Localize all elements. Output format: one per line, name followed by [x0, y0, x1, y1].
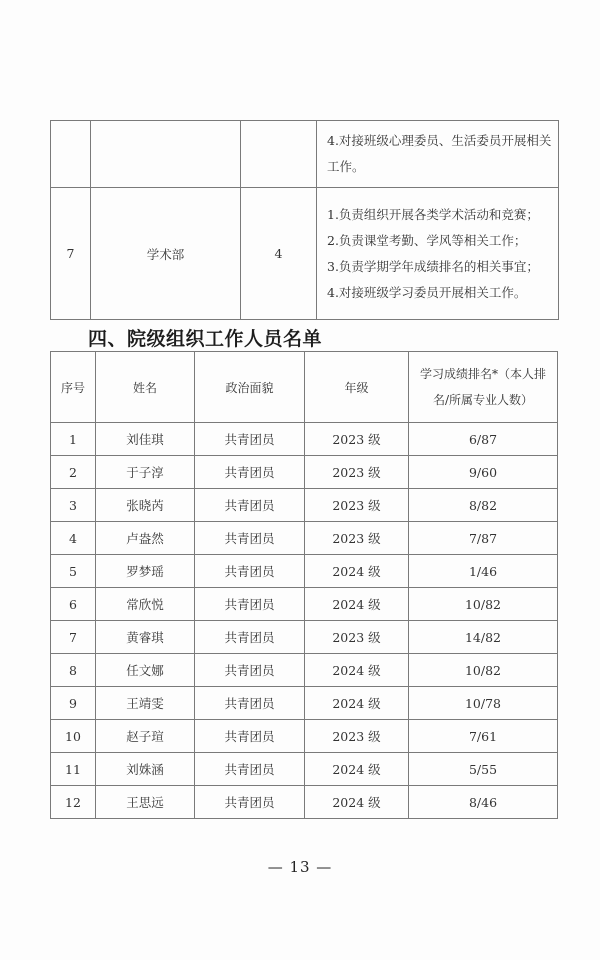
cell-political-status: 共青团员	[195, 588, 305, 621]
cell-name: 卢盎然	[96, 522, 195, 555]
cell-political-status: 共青团员	[195, 555, 305, 588]
cell-name: 刘姝涵	[96, 753, 195, 786]
header-political-status: 政治面貌	[195, 352, 305, 423]
cell-rank: 10/82	[409, 654, 558, 687]
dept-index-cell	[51, 121, 91, 188]
cell-grade: 2024 级	[305, 588, 409, 621]
dept-name-cell: 学术部	[91, 188, 241, 320]
cell-rank: 6/87	[409, 423, 558, 456]
table-header-row: 序号 姓名 政治面貌 年级 学习成绩排名*（本人排名/所属专业人数）	[51, 352, 558, 423]
cell-index: 2	[51, 456, 96, 489]
cell-index: 8	[51, 654, 96, 687]
section-heading: 四、院级组织工作人员名单	[88, 324, 322, 351]
duty-item: 4.对接班级学习委员开展相关工作。	[327, 280, 558, 306]
header-grade: 年级	[305, 352, 409, 423]
document-page: 4.对接班级心理委员、生活委员开展相关工作。 7 学术部 4 1.负责组织开展各…	[0, 0, 600, 960]
cell-index: 12	[51, 786, 96, 819]
cell-name: 张晓芮	[96, 489, 195, 522]
cell-name: 王思远	[96, 786, 195, 819]
cell-index: 9	[51, 687, 96, 720]
cell-rank: 8/46	[409, 786, 558, 819]
cell-index: 6	[51, 588, 96, 621]
cell-political-status: 共青团员	[195, 720, 305, 753]
cell-name: 刘佳琪	[96, 423, 195, 456]
table-row: 12 王思远 共青团员 2024 级 8/46	[51, 786, 558, 819]
cell-index: 11	[51, 753, 96, 786]
cell-index: 1	[51, 423, 96, 456]
cell-political-status: 共青团员	[195, 621, 305, 654]
department-duties-table: 4.对接班级心理委员、生活委员开展相关工作。 7 学术部 4 1.负责组织开展各…	[50, 120, 559, 320]
table-row: 2 于子淳 共青团员 2023 级 9/60	[51, 456, 558, 489]
cell-rank: 14/82	[409, 621, 558, 654]
cell-name: 罗梦瑶	[96, 555, 195, 588]
cell-political-status: 共青团员	[195, 786, 305, 819]
cell-name: 任文娜	[96, 654, 195, 687]
cell-index: 10	[51, 720, 96, 753]
cell-political-status: 共青团员	[195, 456, 305, 489]
cell-index: 7	[51, 621, 96, 654]
header-rank: 学习成绩排名*（本人排名/所属专业人数）	[409, 352, 558, 423]
table-row: 5 罗梦瑶 共青团员 2024 级 1/46	[51, 555, 558, 588]
duty-item: 3.负责学期学年成绩排名的相关事宜；	[327, 254, 558, 280]
cell-name: 于子淳	[96, 456, 195, 489]
cell-political-status: 共青团员	[195, 522, 305, 555]
table-row: 6 常欣悦 共青团员 2024 级 10/82	[51, 588, 558, 621]
cell-grade: 2023 级	[305, 621, 409, 654]
cell-political-status: 共青团员	[195, 489, 305, 522]
table-row: 11 刘姝涵 共青团员 2024 级 5/55	[51, 753, 558, 786]
cell-index: 4	[51, 522, 96, 555]
cell-rank: 5/55	[409, 753, 558, 786]
cell-grade: 2023 级	[305, 423, 409, 456]
cell-grade: 2023 级	[305, 720, 409, 753]
cell-grade: 2024 级	[305, 753, 409, 786]
cell-rank: 10/82	[409, 588, 558, 621]
cell-rank: 1/46	[409, 555, 558, 588]
dept-count-cell: 4	[241, 188, 317, 320]
cell-grade: 2023 级	[305, 489, 409, 522]
cell-grade: 2023 级	[305, 522, 409, 555]
cell-political-status: 共青团员	[195, 423, 305, 456]
cell-grade: 2024 级	[305, 654, 409, 687]
cell-political-status: 共青团员	[195, 753, 305, 786]
cell-political-status: 共青团员	[195, 654, 305, 687]
duty-item: 1.负责组织开展各类学术活动和竞赛；	[327, 202, 558, 228]
duty-item: 4.对接班级心理委员、生活委员开展相关工作。	[327, 128, 555, 180]
table-row: 4 卢盎然 共青团员 2023 级 7/87	[51, 522, 558, 555]
cell-grade: 2024 级	[305, 786, 409, 819]
dept-index-cell: 7	[51, 188, 91, 320]
cell-name: 王靖雯	[96, 687, 195, 720]
table-row: 9 王靖雯 共青团员 2024 级 10/78	[51, 687, 558, 720]
cell-name: 黄睿琪	[96, 621, 195, 654]
header-index: 序号	[51, 352, 96, 423]
page-number: — 13 —	[0, 858, 600, 876]
cell-rank: 10/78	[409, 687, 558, 720]
cell-rank: 7/61	[409, 720, 558, 753]
dept-count-cell	[241, 121, 317, 188]
cell-grade: 2023 级	[305, 456, 409, 489]
cell-index: 3	[51, 489, 96, 522]
table-row: 7 黄睿琪 共青团员 2023 级 14/82	[51, 621, 558, 654]
table-row: 8 任文娜 共青团员 2024 级 10/82	[51, 654, 558, 687]
cell-name: 常欣悦	[96, 588, 195, 621]
cell-political-status: 共青团员	[195, 687, 305, 720]
table-row: 7 学术部 4 1.负责组织开展各类学术活动和竞赛； 2.负责课堂考勤、学风等相…	[51, 188, 559, 320]
cell-grade: 2024 级	[305, 555, 409, 588]
header-name: 姓名	[96, 352, 195, 423]
cell-rank: 7/87	[409, 522, 558, 555]
cell-name: 赵子瑄	[96, 720, 195, 753]
cell-rank: 8/82	[409, 489, 558, 522]
dept-duties-cell: 4.对接班级心理委员、生活委员开展相关工作。	[317, 121, 559, 188]
dept-name-cell	[91, 121, 241, 188]
table-row: 1 刘佳琪 共青团员 2023 级 6/87	[51, 423, 558, 456]
table-row: 10 赵子瑄 共青团员 2023 级 7/61	[51, 720, 558, 753]
dept-duties-cell: 1.负责组织开展各类学术活动和竞赛； 2.负责课堂考勤、学风等相关工作； 3.负…	[317, 188, 559, 320]
table-row: 3 张晓芮 共青团员 2023 级 8/82	[51, 489, 558, 522]
staff-list-table: 序号 姓名 政治面貌 年级 学习成绩排名*（本人排名/所属专业人数） 1 刘佳琪…	[50, 351, 558, 819]
cell-grade: 2024 级	[305, 687, 409, 720]
cell-index: 5	[51, 555, 96, 588]
table-row: 4.对接班级心理委员、生活委员开展相关工作。	[51, 121, 559, 188]
duty-item: 2.负责课堂考勤、学风等相关工作；	[327, 228, 558, 254]
cell-rank: 9/60	[409, 456, 558, 489]
